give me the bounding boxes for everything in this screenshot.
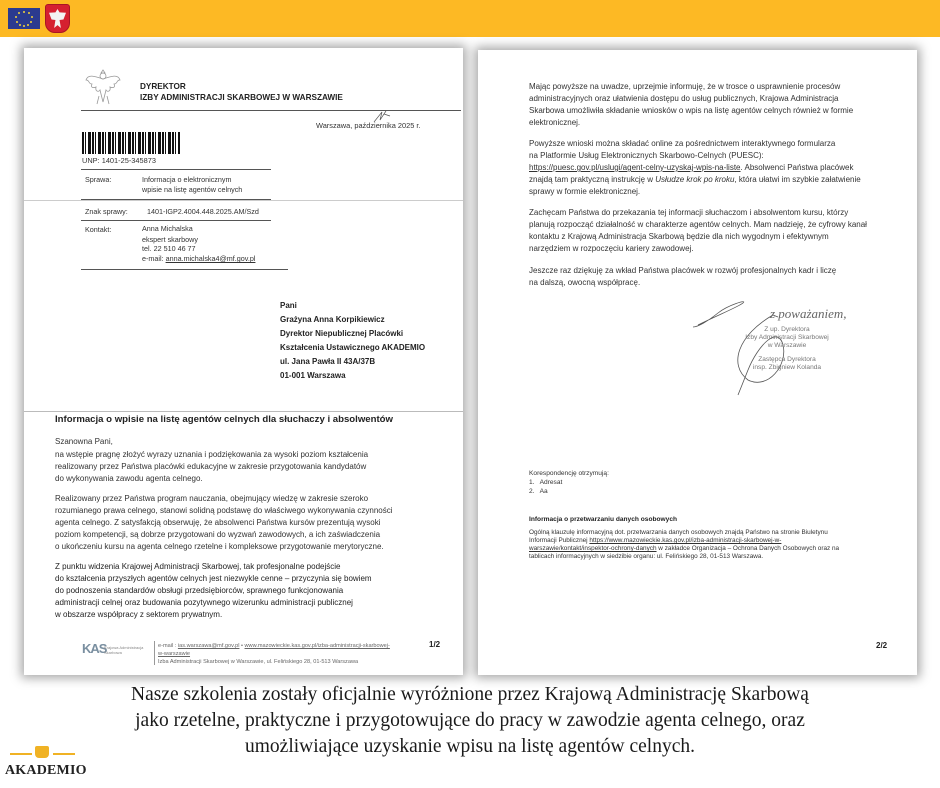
paragraph-line: planują rozpocząć działalność w charakte…	[529, 219, 867, 231]
cc-item: 1. Adresat	[529, 479, 562, 487]
privacy-text: Informacji Publicznej	[529, 537, 589, 544]
signature-line: Zastępca Dyrektora	[737, 356, 837, 364]
caption-line: Nasze szkolenia zostały oficjalnie wyróż…	[0, 682, 940, 708]
paragraph-line: elektronicznej.	[529, 117, 580, 129]
recipient-line: Dyrektor Niepublicznej Placówki	[280, 328, 403, 340]
recipient-line: Grażyna Anna Korpikiewicz	[280, 314, 385, 326]
signature-line: Izby Administracji Skarbowej	[737, 334, 837, 342]
signature-line: Z up. Dyrektora	[737, 326, 837, 334]
divider	[81, 220, 271, 221]
paragraph-line: do podnoszenia standardów obsługi przeds…	[55, 585, 343, 597]
letter-page-1: DYREKTOR IZBY ADMINISTRACJI SKARBOWEJ W …	[24, 48, 463, 675]
paragraph-line: Jeszcze raz dziękuję za wkład Państwa pl…	[529, 265, 836, 277]
paragraph-line: Zachęcam Państwa do przekazania tej info…	[529, 207, 848, 219]
kontakt-email-row: e-mail: anna.michalska4@mf.gov.pl	[142, 253, 255, 265]
paragraph-line: Realizowany przez Państwa program naucza…	[55, 493, 368, 505]
unp-number: UNP: 1401-25-345873	[82, 155, 156, 167]
footer-website-link-cont[interactable]: w-warszawie	[158, 650, 190, 658]
sprawa-value-2: wpisie na listę agentów celnych	[142, 184, 242, 196]
recipient-line: 01-001 Warszawa	[280, 370, 346, 382]
service-name: Usłudze krok po kroku	[655, 175, 734, 184]
kontakt-name: Anna Michalska	[142, 224, 193, 234]
graduation-cap-icon	[35, 746, 49, 758]
footer-contact-row: e-mail : ias.warszawa@mf.gov.pl • www.ma…	[158, 642, 390, 650]
scan-fold-line	[24, 411, 463, 412]
scan-fold-line	[24, 200, 463, 201]
divider	[81, 110, 461, 111]
place-date: Warszawa, października 2025 r.	[316, 120, 420, 132]
paragraph-text: , która ułatwi im szybkie załatwienie	[734, 175, 860, 184]
paragraph-line: na wstępie pragnę złożyć wyrazy uznania …	[55, 449, 368, 461]
znak-value: 1401-IGP2.4004.448.2025.AM/Szd	[147, 206, 259, 218]
poland-emblem-icon	[45, 4, 70, 33]
paragraph-line: Skarbowa umożliwiła składanie wniosków o…	[529, 105, 853, 117]
logo-rule	[10, 753, 32, 755]
footer-separator	[154, 641, 155, 665]
paragraph-line: do kształcenia przyszłych agentów celnyc…	[55, 573, 372, 585]
paragraph-line: w obszarze współpracy z sektorem prywatn…	[55, 609, 222, 621]
paragraph-line: administracyjnych oraz ułatwienia dostęp…	[529, 93, 839, 105]
brand-name: AKADEMIO	[5, 763, 87, 779]
paragraph-line: Mając powyższe na uwadze, uprzejmie info…	[529, 81, 840, 93]
signature-line: insp. Zbigniew Kolanda	[737, 364, 837, 372]
recipient-line: Kształcenia Ustawicznego AKADEMIO	[280, 342, 425, 354]
cc-title: Korespondencję otrzymują:	[529, 470, 609, 478]
privacy-link-cont[interactable]: warszawie/kontakt/inspektor-ochrony-dany…	[529, 545, 657, 552]
privacy-line: tablicach informacyjnych w siedzibie org…	[529, 553, 763, 561]
kontakt-email-label: e-mail:	[142, 254, 166, 263]
puesc-link[interactable]: https://puesc.gov.pl/uslugi/agent-celny-…	[529, 163, 741, 172]
privacy-line: warszawie/kontakt/inspektor-ochrony-dany…	[529, 545, 839, 553]
page-number: 1/2	[429, 639, 440, 651]
paragraph-line: Powyższe wnioski można składać online za…	[529, 138, 835, 150]
issuer-office: IZBY ADMINISTRACJI SKARBOWEJ W WARSZAWIE	[140, 92, 343, 104]
paragraph-line: poziom kompetencji, są dobrze przygotowa…	[55, 529, 380, 541]
footer-address: Izba Administracji Skarbowej w Warszawie…	[158, 658, 358, 666]
paragraph-line: administracji celnej oraz budowania pozy…	[55, 597, 353, 609]
eu-flag-icon	[8, 8, 40, 29]
recipient-line: Pani	[280, 300, 297, 312]
paragraph-line: realizowany przez Państwa placówki eduka…	[55, 461, 366, 473]
paragraph-line: kontaktu z Krajową Administracja Skarbow…	[529, 231, 829, 243]
paragraph-line: rozumianego prawa celnego, stanowi solid…	[55, 505, 393, 517]
paragraph-line: do wykonywania zawodu agenta celnego.	[55, 473, 203, 485]
privacy-link[interactable]: https://www.mazowieckie.kas.gov.pl/izba-…	[589, 537, 781, 544]
salutation: Szanowna Pani,	[55, 436, 113, 448]
footer-website-link[interactable]: www.mazowieckie.kas.gov.pl/izba-administ…	[245, 643, 390, 649]
issuer-title: DYREKTOR	[140, 81, 186, 93]
paragraph-line: o ukończeniu kursu na agenta celnego rze…	[55, 541, 384, 553]
paragraph-line: na dalszą, owocną współpracę.	[529, 277, 640, 289]
caption: Nasze szkolenia zostały oficjalnie wyróż…	[0, 682, 940, 760]
znak-label: Znak sprawy:	[85, 206, 128, 218]
paragraph-line: na Platformie Usług Elektronicznych Skar…	[529, 150, 764, 162]
footer-email-link[interactable]: ias.warszawa@mf.gov.pl	[178, 643, 240, 649]
privacy-text: w zakładce Organizacja – Ochrona Danych …	[657, 545, 840, 552]
paragraph-line: Z punktu widzenia Krajowej Administracji…	[55, 561, 340, 573]
privacy-line: Informacji Publicznej https://www.mazowi…	[529, 537, 781, 545]
paragraph-text: . Absolwenci Państwa placówek	[741, 163, 854, 172]
privacy-line: Ogólną klauzulę informacyjną dot. przetw…	[529, 529, 828, 537]
kas-logo: KAS	[82, 641, 106, 656]
signature-line: w Warszawie	[737, 342, 837, 350]
paragraph-text: znajdą tam praktyczną instrukcję w	[529, 175, 655, 184]
logo-rule	[53, 753, 75, 755]
caption-line: umożliwiające uzyskanie wpisu na listę a…	[0, 734, 940, 760]
paragraph-line: agenta celnego. Z satysfakcją obserwuję,…	[55, 517, 381, 529]
letter-page-2: Mając powyższe na uwadze, uprzejmie info…	[478, 50, 917, 675]
top-bar	[0, 0, 940, 37]
kontakt-email-link[interactable]: anna.michalska4@mf.gov.pl	[166, 254, 256, 263]
cc-item: 2. Aa	[529, 488, 548, 496]
paragraph-line: znajdą tam praktyczną instrukcję w Usłud…	[529, 174, 861, 186]
barcode	[82, 132, 180, 154]
handwritten-closing: z poważaniem,	[770, 308, 847, 320]
caption-line: jako rzetelne, praktyczne i przygotowują…	[0, 708, 940, 734]
footer-email-label: e-mail :	[158, 643, 178, 649]
paragraph-line: narzędziem w rozpoczęciu kariery zawodow…	[529, 243, 694, 255]
paragraph-line: https://puesc.gov.pl/uslugi/agent-celny-…	[529, 162, 853, 174]
sprawa-label: Sprawa:	[85, 174, 111, 186]
recipient-line: ul. Jana Pawła II 43A/37B	[280, 356, 375, 368]
kontakt-label: Kontakt:	[85, 224, 111, 236]
letter-subject: Informacja o wpisie na listę agentów cel…	[55, 414, 393, 426]
privacy-title: Informacja o przetwarzaniu danych osobow…	[529, 516, 677, 524]
eagle-emblem-icon	[84, 66, 122, 106]
divider	[81, 169, 271, 170]
akademio-logo: AKADEMIO	[5, 744, 81, 784]
kas-logo-subtitle: Krajowa Administracja Skarbowa	[104, 645, 154, 655]
paragraph-line: sprawy w formie elektronicznej.	[529, 186, 640, 198]
page-number: 2/2	[876, 640, 887, 652]
divider	[81, 269, 288, 270]
